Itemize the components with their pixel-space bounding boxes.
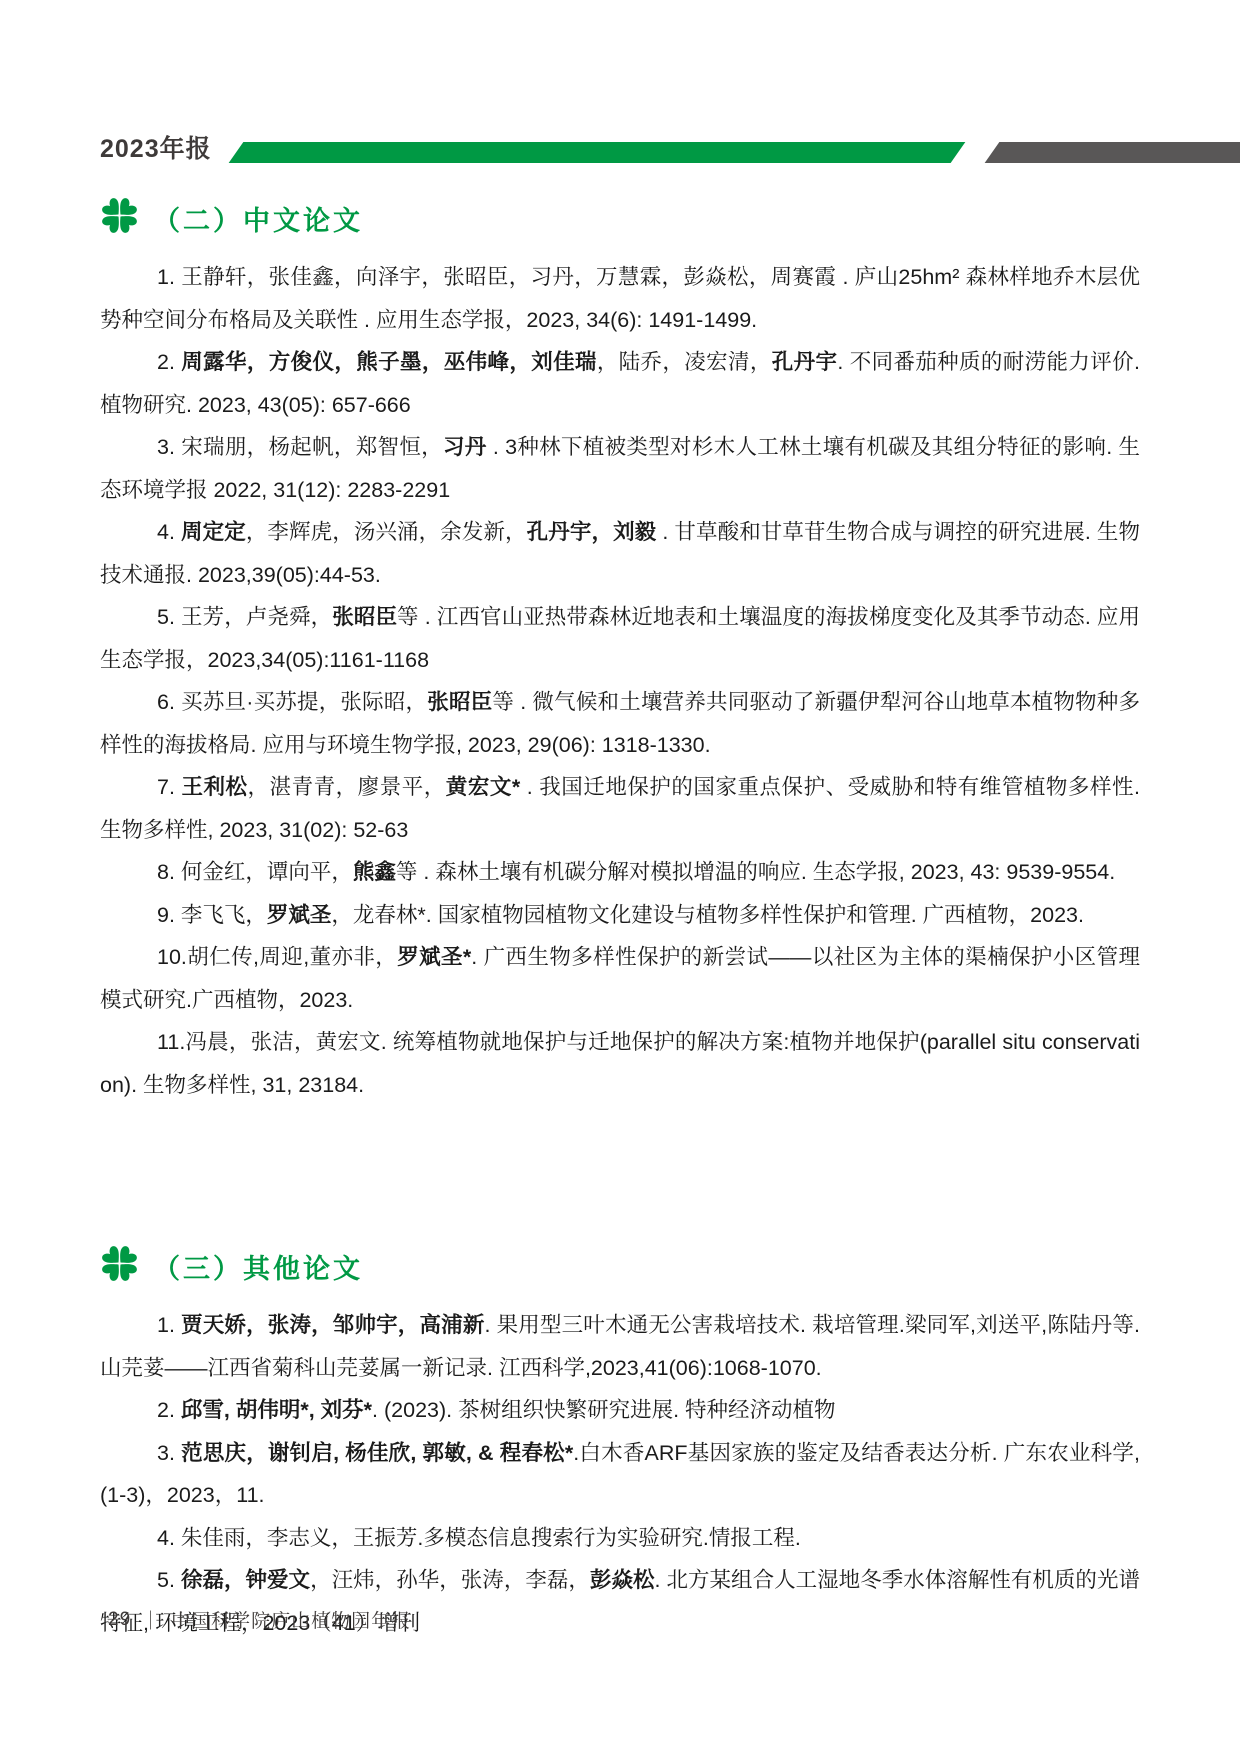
author-name-bold: 孔丹宇 bbox=[772, 350, 838, 374]
reference-text: ，汪炜，孙华，张涛，李磊， bbox=[310, 1568, 590, 1592]
reference-text: 1. 王静轩，张佳鑫，向泽宇，张昭臣，习丹，万慧霖，彭焱松，周赛霞 . 庐山25… bbox=[100, 265, 1140, 332]
footer-title: 中国科学院庐山植物园年报 bbox=[171, 1606, 411, 1633]
author-name-bold: 邱雪, 胡伟明*, 刘芬* bbox=[181, 1398, 372, 1422]
reference-text: 1. bbox=[157, 1313, 181, 1337]
page-footer: 29 ｜ 中国科学院庐山植物园年报 bbox=[108, 1606, 411, 1633]
reference-text: 6. 买苏旦·买苏提，张际昭， bbox=[157, 690, 427, 714]
reference-text: 7. bbox=[157, 775, 181, 799]
author-name-bold: 熊鑫 bbox=[353, 860, 396, 884]
section-heading: （二）中文论文 bbox=[100, 196, 1140, 240]
reference-text: . (2023). 茶树组织快繁研究进展. 特种经济动植物 bbox=[372, 1398, 836, 1422]
reference-item: 11.冯晨，张洁，黄宏文. 统筹植物就地保护与迁地保护的解决方案:植物并地保护(… bbox=[100, 1021, 1140, 1106]
section-heading-label: （二）中文论文 bbox=[153, 199, 363, 238]
reference-text: 2. bbox=[157, 350, 181, 374]
reference-list: 1. 贾天娇，张涛，邹帅宇，高浦新. 果用型三叶木通无公害栽培技术. 栽培管理.… bbox=[100, 1304, 1140, 1644]
reference-item: 2. 邱雪, 胡伟明*, 刘芬*. (2023). 茶树组织快繁研究进展. 特种… bbox=[100, 1389, 1140, 1432]
clover-icon bbox=[100, 1244, 139, 1283]
reference-text: ，湛青青，廖景平， bbox=[248, 775, 446, 799]
author-name-bold: 罗斌圣* bbox=[397, 945, 471, 969]
author-name-bold: 孔丹宇，刘毅 bbox=[527, 520, 657, 544]
author-name-bold: 彭焱松 bbox=[590, 1568, 655, 1592]
author-name-bold: 张昭臣 bbox=[332, 605, 397, 629]
reference-text: 3. bbox=[157, 1441, 181, 1465]
author-name-bold: 范思庆，谢钊启, 杨佳欣, 郭敏, & 程春松* bbox=[181, 1441, 573, 1465]
section-heading: （三）其他论文 bbox=[100, 1244, 1140, 1288]
reference-item: 5. 王芳，卢尧舜，张昭臣等 . 江西官山亚热带森林近地表和土壤温度的海拔梯度变… bbox=[100, 596, 1140, 681]
author-name-bold: 张昭臣 bbox=[427, 690, 492, 714]
author-name-bold: 周露华，方俊仪，熊子墨，巫伟峰，刘佳瑞 bbox=[181, 350, 597, 374]
clover-icon-slot bbox=[100, 1244, 139, 1288]
reference-item: 8. 何金红，谭向平，熊鑫等 . 森林土壤有机碳分解对模拟增温的响应. 生态学报… bbox=[100, 851, 1140, 894]
reference-item: 9. 李飞飞，罗斌圣，龙春林*. 国家植物园植物文化建设与植物多样性保护和管理.… bbox=[100, 894, 1140, 937]
author-name-bold: 黄宏文* bbox=[446, 775, 520, 799]
reference-text: 5. bbox=[157, 1568, 181, 1592]
reference-text: 8. 何金红，谭向平， bbox=[157, 860, 353, 884]
references-main: （二）中文论文 1. 王静轩，张佳鑫，向泽宇，张昭臣，习丹，万慧霖，彭焱松，周赛… bbox=[0, 0, 1240, 1644]
author-name-bold: 周定定 bbox=[181, 520, 246, 544]
reference-item: 10.胡仁传,周迎,董亦非，罗斌圣*. 广西生物多样性保护的新尝试——以社区为主… bbox=[100, 936, 1140, 1021]
clover-icon-slot bbox=[100, 196, 139, 240]
reference-text: 11.冯晨，张洁，黄宏文. 统筹植物就地保护与迁地保护的解决方案:植物并地保护(… bbox=[100, 1030, 1140, 1097]
author-name-bold: 罗斌圣 bbox=[267, 903, 332, 927]
reference-item: 7. 王利松，湛青青，廖景平，黄宏文* . 我国迁地保护的国家重点保护、受威胁和… bbox=[100, 766, 1140, 851]
section-heading-label: （三）其他论文 bbox=[153, 1247, 363, 1286]
reference-item: 1. 王静轩，张佳鑫，向泽宇，张昭臣，习丹，万慧霖，彭焱松，周赛霞 . 庐山25… bbox=[100, 256, 1140, 341]
reference-item: 4. 周定定，李辉虎，汤兴涌，余发新，孔丹宇，刘毅 . 甘草酸和甘草苷生物合成与… bbox=[100, 511, 1140, 596]
section-chinese-papers: （二）中文论文 1. 王静轩，张佳鑫，向泽宇，张昭臣，习丹，万慧霖，彭焱松，周赛… bbox=[100, 196, 1140, 1106]
reference-text: 3. 宋瑞朋，杨起帆，郑智恒， bbox=[157, 435, 443, 459]
author-name-bold: 徐磊，钟爱文 bbox=[181, 1568, 310, 1592]
reference-item: 3. 宋瑞朋，杨起帆，郑智恒，习丹 . 3种林下植被类型对杉木人工林土壤有机碳及… bbox=[100, 426, 1140, 511]
page-number: 29 bbox=[108, 1609, 131, 1631]
reference-item: 6. 买苏旦·买苏提，张际昭，张昭臣等 . 微气候和土壤营养共同驱动了新疆伊犁河… bbox=[100, 681, 1140, 766]
reference-text: 等 . 森林土壤有机碳分解对模拟增温的响应. 生态学报, 2023, 43: 9… bbox=[396, 860, 1115, 884]
clover-icon bbox=[100, 196, 139, 235]
reference-text: 10.胡仁传,周迎,董亦非， bbox=[157, 945, 397, 969]
reference-item: 1. 贾天娇，张涛，邹帅宇，高浦新. 果用型三叶木通无公害栽培技术. 栽培管理.… bbox=[100, 1304, 1140, 1389]
reference-text: 4. bbox=[157, 520, 181, 544]
reference-list: 1. 王静轩，张佳鑫，向泽宇，张昭臣，习丹，万慧霖，彭焱松，周赛霞 . 庐山25… bbox=[100, 256, 1140, 1106]
reference-text: 2. bbox=[157, 1398, 181, 1422]
reference-item: 2. 周露华，方俊仪，熊子墨，巫伟峰，刘佳瑞，陆乔，凌宏清，孔丹宇. 不同番茄种… bbox=[100, 341, 1140, 426]
section-other-papers: （三）其他论文 1. 贾天娇，张涛，邹帅宇，高浦新. 果用型三叶木通无公害栽培技… bbox=[100, 1244, 1140, 1644]
author-name-bold: 贾天娇，张涛，邹帅宇，高浦新 bbox=[181, 1313, 484, 1337]
author-name-bold: 王利松 bbox=[181, 775, 247, 799]
reference-text: 9. 李飞飞， bbox=[157, 903, 267, 927]
reference-text: 4. 朱佳雨，李志义，王振芳.多模态信息搜索行为实验研究.情报工程. bbox=[157, 1526, 801, 1550]
reference-item: 3. 范思庆，谢钊启, 杨佳欣, 郭敏, & 程春松*.白木香ARF基因家族的鉴… bbox=[100, 1432, 1140, 1517]
reference-text: ，龙春林*. 国家植物园植物文化建设与植物多样性保护和管理. 广西植物，2023… bbox=[331, 903, 1084, 927]
reference-text: 5. 王芳，卢尧舜， bbox=[157, 605, 332, 629]
footer-divider: ｜ bbox=[141, 1606, 161, 1633]
author-name-bold: 习丹 bbox=[443, 435, 487, 459]
reference-text: ，李辉虎，汤兴涌，余发新， bbox=[246, 520, 527, 544]
reference-item: 4. 朱佳雨，李志义，王振芳.多模态信息搜索行为实验研究.情报工程. bbox=[100, 1517, 1140, 1560]
reference-text: ，陆乔，凌宏清， bbox=[597, 350, 772, 374]
document-page: 2023年报 （二）中文论文 1. 王静轩，张佳鑫，向泽宇，张昭臣，习丹，万慧霖… bbox=[0, 0, 1240, 1754]
